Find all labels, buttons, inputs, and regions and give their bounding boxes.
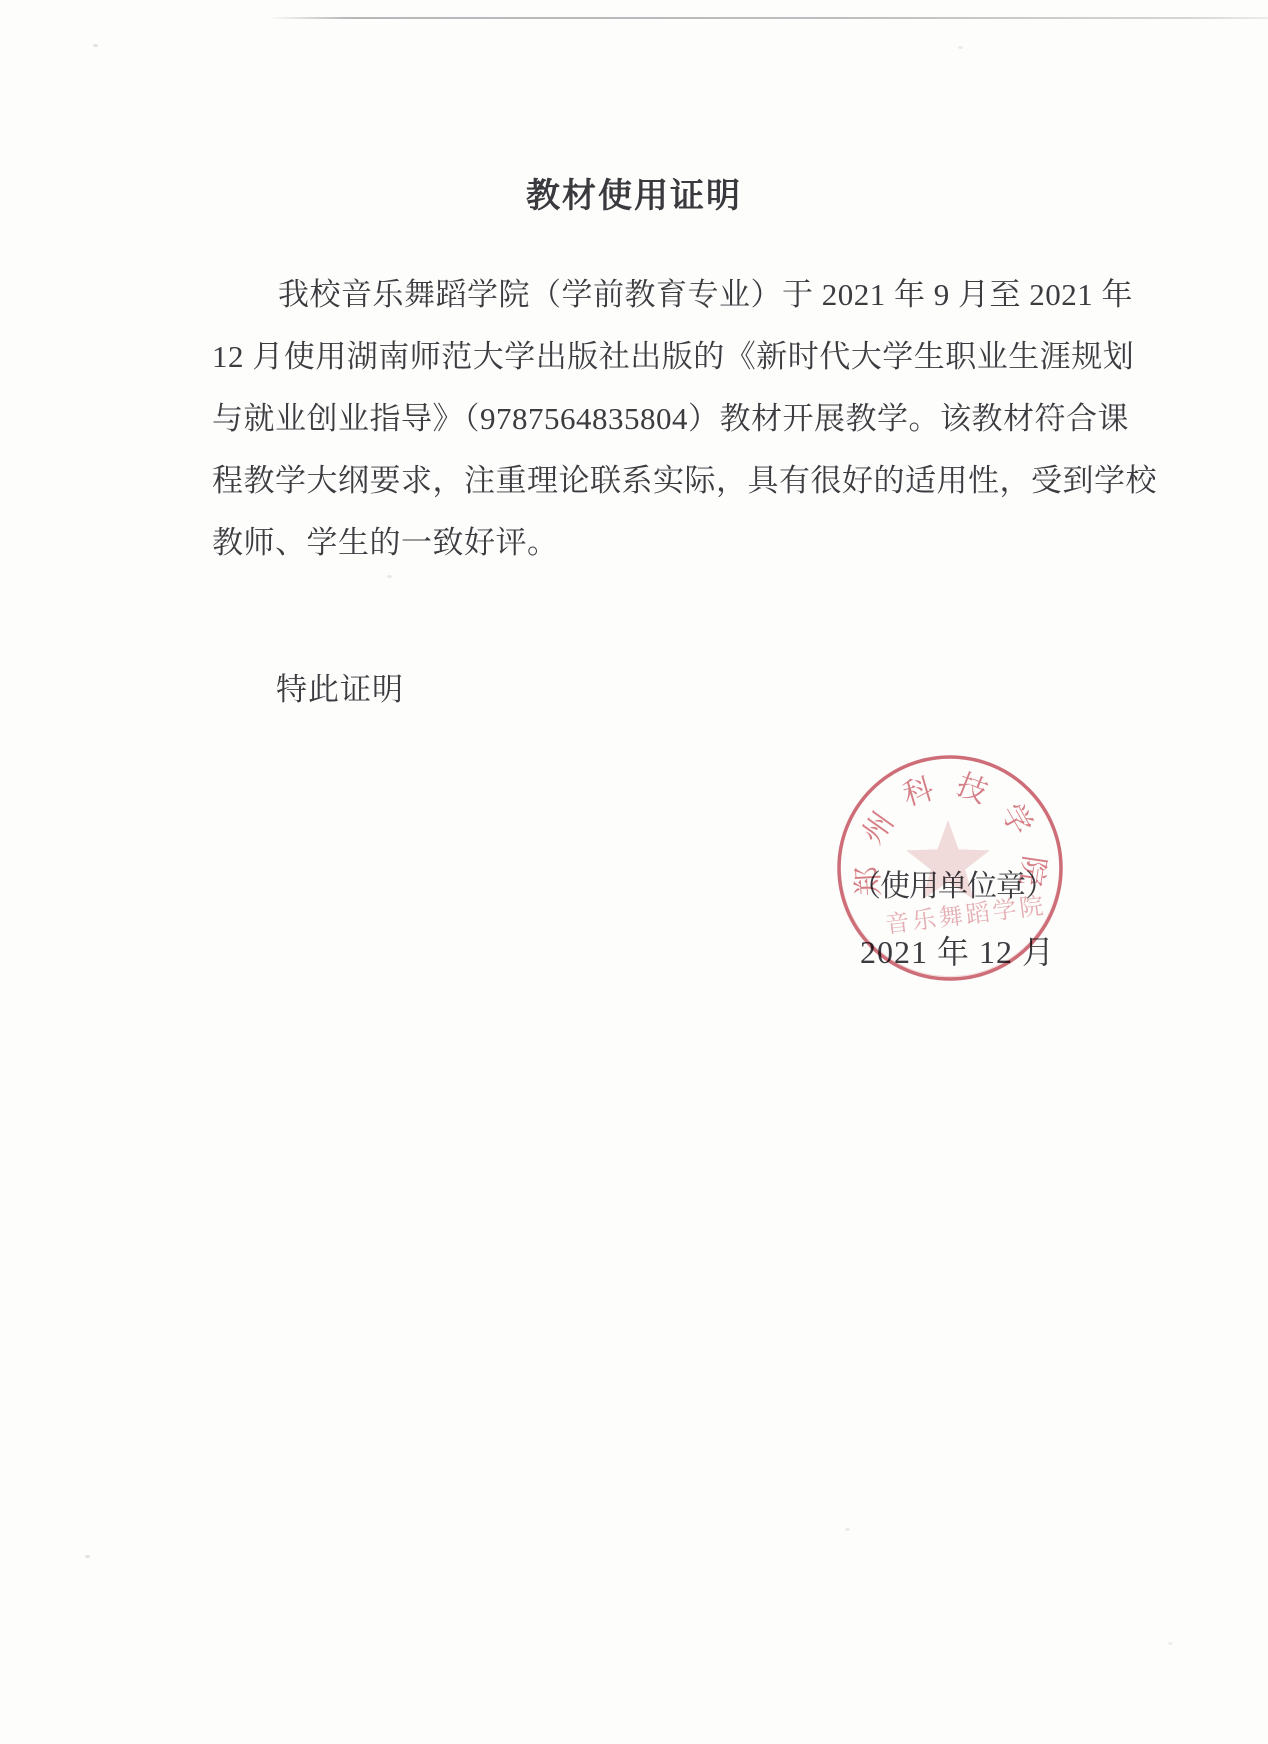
scan-speck	[93, 44, 98, 47]
certificate-document-page: 教材使用证明 我校音乐舞蹈学院（学前教育专业）于 2021 年 9 月至 202…	[0, 0, 1268, 1744]
document-date: 2021 年 12 月	[860, 927, 1055, 973]
document-title: 教材使用证明	[0, 176, 1268, 218]
scan-speck	[387, 575, 392, 578]
scan-speck	[1168, 1642, 1173, 1645]
paragraph-line: 程教学大纲要求，注重理论联系实际，具有很好的适用性，受到学校	[212, 463, 1127, 499]
closing-statement: 特此证明	[276, 664, 404, 709]
seal-caption: （使用单位章）	[851, 861, 1054, 905]
scan-speck	[85, 1555, 90, 1558]
paragraph-line: 教师、学生的一致好评。	[212, 525, 1127, 561]
scan-speck	[958, 46, 963, 49]
paragraph-line: 与就业创业指导》（9787564835804）教材开展教学。该教材符合课	[212, 401, 1127, 437]
scan-speck	[845, 1528, 850, 1531]
scan-artifact-line	[268, 17, 1268, 19]
paragraph-line: 我校音乐舞蹈学院（学前教育专业）于 2021 年 9 月至 2021 年	[212, 277, 1127, 313]
paragraph-line: 12 月使用湖南师范大学出版社出版的《新时代大学生职业生涯规划	[212, 339, 1127, 375]
